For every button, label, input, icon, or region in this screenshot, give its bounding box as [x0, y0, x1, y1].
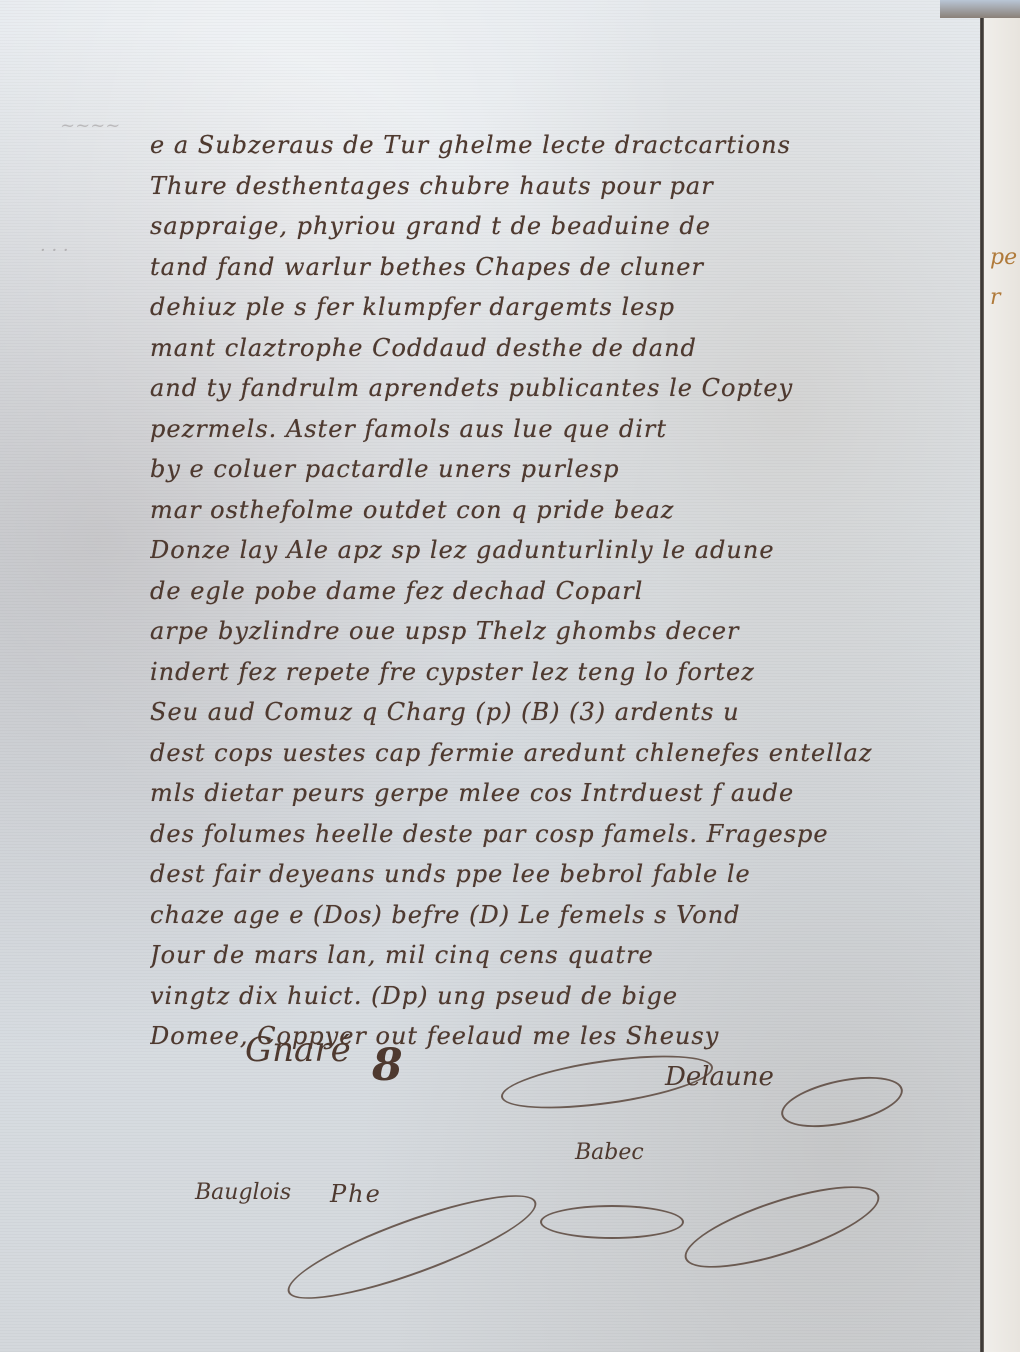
- text-line: pezrmels. Aster famols aus lue que dirt: [150, 409, 970, 450]
- adjacent-page-text: pe: [990, 245, 1017, 270]
- signature-mark-phe: Phe: [330, 1180, 382, 1208]
- text-line: Donze lay Ale apz sp lez gadunturlinly l…: [150, 530, 970, 571]
- text-line: mls dietar peurs gerpe mlee cos Intrdues…: [150, 773, 970, 814]
- text-line: vingtz dix huict. (Dp) ung pseud de bige: [150, 976, 970, 1017]
- margin-bleed-through: · · ·: [40, 240, 69, 261]
- text-line: dest fair deyeans unds ppe lee bebrol fa…: [150, 854, 970, 895]
- text-line: mant claztrophe Coddaud desthe de dand: [150, 328, 970, 369]
- text-line: Domee, Coppyer out feelaud me les Sheusy: [150, 1016, 970, 1057]
- text-line: dehiuz ple s fer klumpfer dargemts lesp: [150, 287, 970, 328]
- text-line: and ty fandrulm aprendets publicantes le…: [150, 368, 970, 409]
- text-line: chaze age e (Dos) befre (D) Le femels s …: [150, 895, 970, 936]
- signature-flourish: [677, 1170, 888, 1284]
- text-line: arpe byzlindre oue upsp Thelz ghombs dec…: [150, 611, 970, 652]
- text-line: sappraige, phyriou grand t de beaduine d…: [150, 206, 970, 247]
- text-line: des folumes heelle deste par cosp famels…: [150, 814, 970, 855]
- text-line: by e coluer pactardle uners purlesp: [150, 449, 970, 490]
- text-line: Seu aud Comuz q Charg (p) (B) (3) ardent…: [150, 692, 970, 733]
- text-line: mar osthefolme outdet con q pride beaz: [150, 490, 970, 531]
- signature-babec: Babec: [575, 1140, 644, 1165]
- text-line: e a Subzeraus de Tur ghelme lecte dractc…: [150, 125, 970, 166]
- manuscript-page: ~~~~ · · · e a Subzeraus de Tur ghelme l…: [0, 0, 985, 1352]
- page-top-edge: [940, 0, 1020, 18]
- signature-flourish: [279, 1176, 546, 1317]
- signature-flourish: [498, 1045, 716, 1118]
- margin-bleed-through: ~~~~: [60, 115, 120, 136]
- text-line: de egle pobe dame fez dechad Coparl: [150, 571, 970, 612]
- adjacent-page-edge: pe r: [984, 0, 1020, 1352]
- signature-gnare: Gnaré: [245, 1030, 351, 1070]
- adjacent-page-text: r: [990, 285, 1001, 310]
- signature-bauglois: Bauglois: [195, 1180, 291, 1205]
- manuscript-text-body: e a Subzeraus de Tur ghelme lecte dractc…: [150, 125, 970, 1057]
- text-line: indert fez repete fre cypster lez teng l…: [150, 652, 970, 693]
- signature-flourish: [777, 1068, 907, 1137]
- text-line: Jour de mars lan, mil cinq cens quatre: [150, 935, 970, 976]
- text-line: Thure desthentages chubre hauts pour par: [150, 166, 970, 207]
- signature-delaune: Delaune: [665, 1062, 774, 1092]
- text-line: dest cops uestes cap fermie aredunt chle…: [150, 733, 970, 774]
- signature-mark: 8: [372, 1040, 403, 1091]
- signature-flourish: [540, 1205, 684, 1239]
- text-line: tand fand warlur bethes Chapes de cluner: [150, 247, 970, 288]
